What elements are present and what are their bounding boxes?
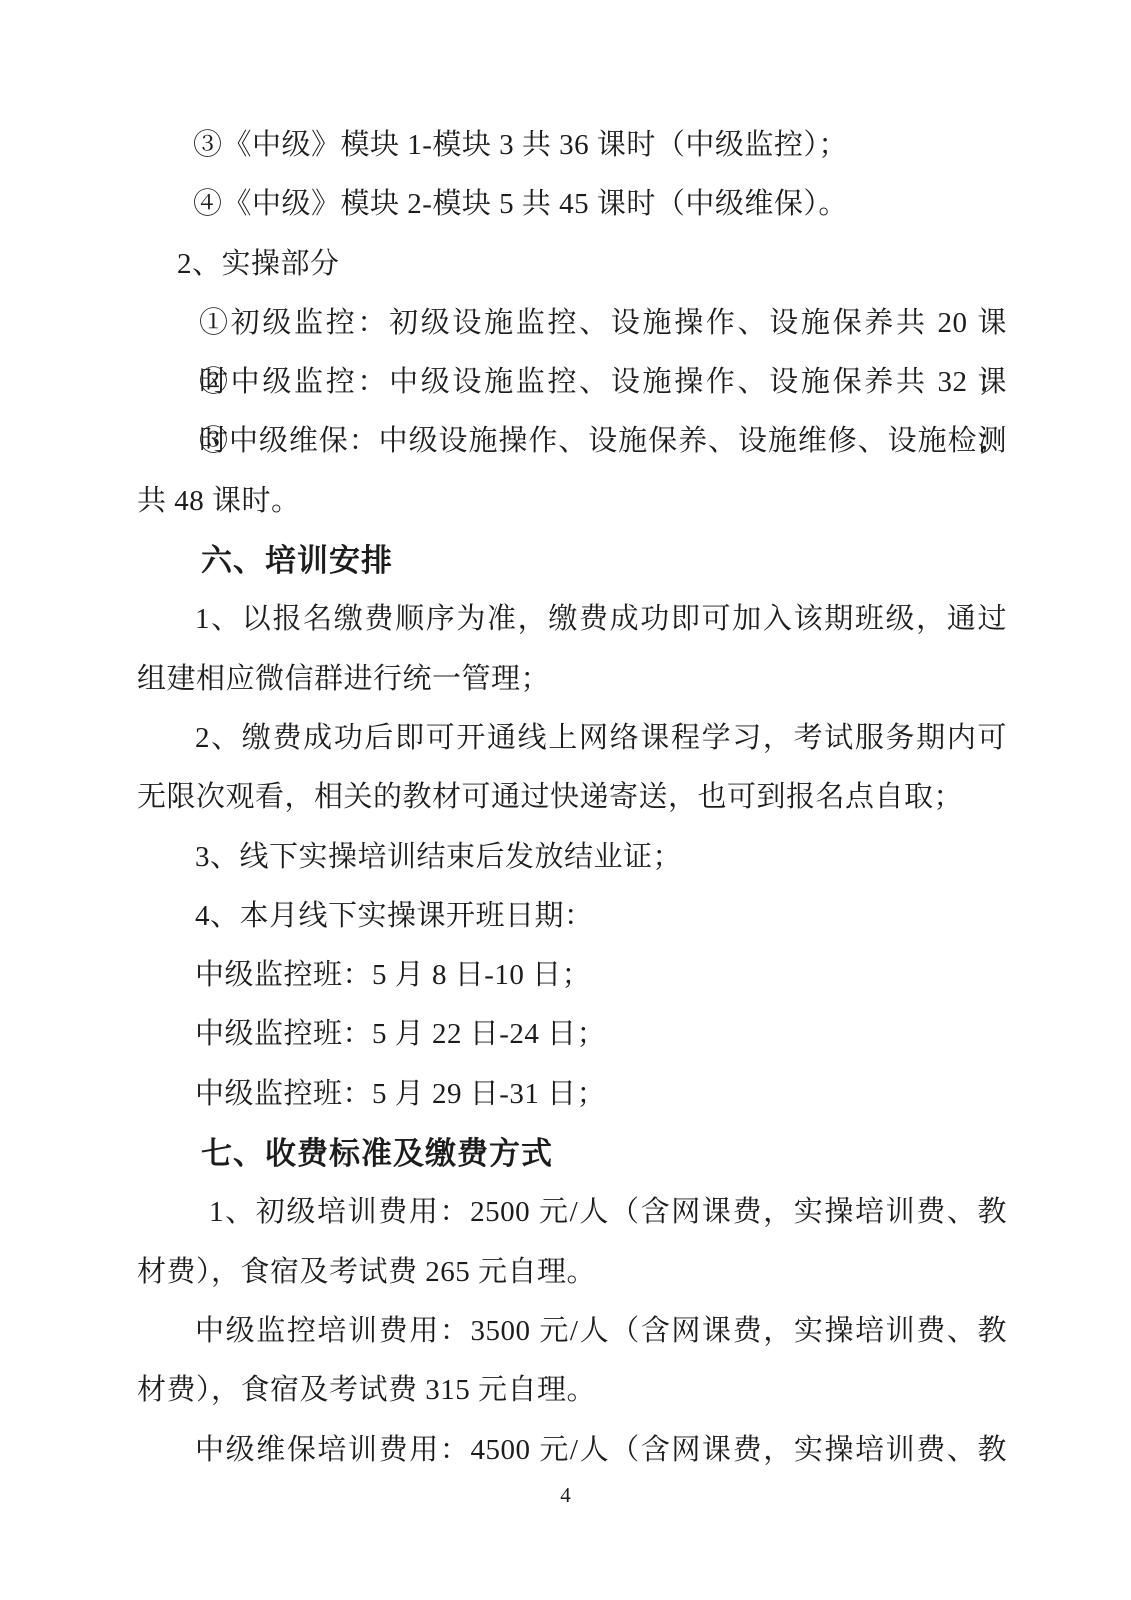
paragraph-line: ③中级维保：中级设施操作、设施保养、设施维修、设施检测 xyxy=(137,412,1007,471)
paragraph-line: 中级监控培训费用：3500 元/人（含网课费，实操培训费、教 xyxy=(137,1302,1007,1361)
paragraph-line: 中级维保培训费用：4500 元/人（含网课费，实操培训费、教 xyxy=(137,1421,1007,1480)
paragraph-line: 3、线下实操培训结束后发放结业证； xyxy=(137,828,1007,887)
paragraph-line: 中级监控班：5 月 8 日-10 日； xyxy=(137,946,1007,1005)
paragraph-line: ①初级监控：初级设施监控、设施操作、设施保养共 20 课时； xyxy=(137,294,1007,353)
paragraph-line: 4、本月线下实操课开班日期： xyxy=(137,887,1007,946)
paragraph-line: 1、初级培训费用：2500 元/人（含网课费，实操培训费、教 xyxy=(137,1183,1007,1242)
paragraph-line: 中级监控班：5 月 22 日-24 日； xyxy=(137,1005,1007,1064)
section-heading: 六、培训安排 xyxy=(137,531,1007,590)
document-body: ③《中级》模块 1-模块 3 共 36 课时（中级监控）； ④《中级》模块 2-… xyxy=(137,116,1007,1480)
paragraph-line: 组建相应微信群进行统一管理； xyxy=(137,650,1007,709)
paragraph-line: 无限次观看，相关的教材可通过快递寄送，也可到报名点自取； xyxy=(137,768,1007,827)
paragraph-line: 2、缴费成功后即可开通线上网络课程学习，考试服务期内可 xyxy=(137,709,1007,768)
paragraph-line: 1、以报名缴费顺序为准，缴费成功即可加入该期班级，通过 xyxy=(137,590,1007,649)
section-heading: 七、收费标准及缴费方式 xyxy=(137,1124,1007,1183)
paragraph-line: 材费），食宿及考试费 265 元自理。 xyxy=(137,1243,1007,1302)
paragraph-line: 材费），食宿及考试费 315 元自理。 xyxy=(137,1361,1007,1420)
paragraph-line: ②中级监控：中级设施监控、设施操作、设施保养共 32 课时； xyxy=(137,353,1007,412)
paragraph-line: ④《中级》模块 2-模块 5 共 45 课时（中级维保）。 xyxy=(137,175,1007,234)
document-page: ③《中级》模块 1-模块 3 共 36 课时（中级监控）； ④《中级》模块 2-… xyxy=(0,0,1131,1600)
page-number: 4 xyxy=(0,1480,1131,1510)
paragraph-line: ③《中级》模块 1-模块 3 共 36 课时（中级监控）； xyxy=(137,116,1007,175)
paragraph-line: 2、实操部分 xyxy=(137,235,1007,294)
paragraph-line: 中级监控班：5 月 29 日-31 日； xyxy=(137,1065,1007,1124)
paragraph-line: 共 48 课时。 xyxy=(137,472,1007,531)
